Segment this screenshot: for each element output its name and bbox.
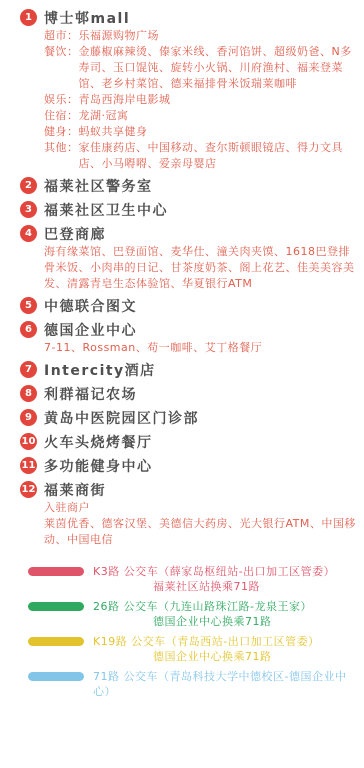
bus-route-line: 71路 公交车（青岛科技大学中德校区-德国企业中心） [93, 669, 360, 699]
detail-text: 7-11、Rossman、苟一咖啡、艾丁格餐厅 [44, 340, 358, 356]
detail-text: 金藤椒麻辣烫、傣家米线、香河馅饼、超级奶爸、N多寿司、玉口馄饨、旋转小火锅、川府… [79, 44, 359, 92]
item-details: 入驻商户莱茵优香、德客汉堡、美德信大药房、光大银行ATM、中国移动、中国电信 [0, 500, 364, 548]
detail-text: 莱茵优香、德客汉堡、美德信大药房、光大银行ATM、中国移动、中国电信 [44, 516, 358, 548]
item-title: 多功能健身中心 [44, 456, 153, 476]
item-number-badge: 2 [20, 177, 37, 194]
poi-item: 9 黄岛中医院园区门诊部 [0, 407, 364, 428]
item-title: 德国企业中心 [44, 320, 137, 340]
detail-label: 餐饮： [44, 44, 79, 92]
item-title: 巴登商廊 [44, 224, 106, 244]
item-number-badge: 11 [20, 457, 37, 474]
bus-route-desc: （九连山路珠江路-龙泉王家） [158, 600, 312, 613]
detail-label: 健身： [44, 124, 79, 140]
bus-route-color-bar [28, 637, 84, 646]
item-details: 超市：乐福源购物广场餐饮：金藤椒麻辣烫、傣家米线、香河馅饼、超级奶爸、N多寿司、… [0, 28, 364, 172]
detail-text: 青岛西海岸电影城 [79, 92, 359, 108]
detail-text: 龙湖·冠寓 [79, 108, 359, 124]
bus-route-body: K19路 公交车（青岛西站-出口加工区管委） 德国企业中心换乘71路 [93, 634, 320, 664]
item-number-badge: 4 [20, 225, 37, 242]
poi-item: 7 Intercity酒店 [0, 359, 364, 380]
bus-route-row: 26路 公交车（九连山路珠江路-龙泉王家） 德国企业中心换乘71路 [28, 599, 360, 629]
detail-label: 其他： [44, 140, 79, 172]
poi-head: 6 德国企业中心 [0, 319, 364, 340]
poi-head: 7 Intercity酒店 [0, 359, 364, 380]
poi-head: 4 巴登商廊 [0, 223, 364, 244]
detail-row: 餐饮：金藤椒麻辣烫、傣家米线、香河馅饼、超级奶爸、N多寿司、玉口馄饨、旋转小火锅… [44, 44, 358, 92]
poi-head: 10 火车头烧烤餐厅 [0, 431, 364, 452]
item-number-badge: 12 [20, 481, 37, 498]
bus-route-desc: （青岛西站-出口加工区管委） [166, 635, 320, 648]
bus-route-body: 26路 公交车（九连山路珠江路-龙泉王家） 德国企业中心换乘71路 [93, 599, 312, 629]
detail-row: 7-11、Rossman、苟一咖啡、艾丁格餐厅 [44, 340, 358, 356]
bus-route-line: 26路 公交车（九连山路珠江路-龙泉王家） [93, 599, 312, 614]
poi-head: 5 中德联合图文 [0, 295, 364, 316]
item-title: 福莱社区卫生中心 [44, 200, 168, 220]
item-title: 利群福记农场 [44, 384, 137, 404]
poi-item: 12 福莱商街 入驻商户莱茵优香、德客汉堡、美德信大药房、光大银行ATM、中国移… [0, 479, 364, 548]
detail-label: 娱乐： [44, 92, 79, 108]
poi-head: 9 黄岛中医院园区门诊部 [0, 407, 364, 428]
bus-route-transfer-note: 德国企业中心换乘71路 [93, 649, 320, 664]
poi-head: 8 利群福记农场 [0, 383, 364, 404]
poi-item: 2 福莱社区警务室 [0, 175, 364, 196]
detail-text: 乐福源购物广场 [79, 28, 359, 44]
bus-route-name: K19路 公交车 [93, 635, 166, 648]
detail-row: 莱茵优香、德客汉堡、美德信大药房、光大银行ATM、中国移动、中国电信 [44, 516, 358, 548]
poi-head: 12 福莱商街 [0, 479, 364, 500]
bus-route-legend: K3路 公交车（薛家岛枢纽站-出口加工区管委） 福莱社区站换乘71路 26路 公… [0, 564, 364, 699]
item-number-badge: 6 [20, 321, 37, 338]
detail-text: 家佳康药店、中国移动、查尔斯顿眼镜店、得力文具店、小马嘚嘚、爱亲母婴店 [79, 140, 359, 172]
item-title: 黄岛中医院园区门诊部 [44, 408, 199, 428]
poi-head: 3 福莱社区卫生中心 [0, 199, 364, 220]
poi-item: 4 巴登商廊 海有缘菜馆、巴登面馆、麦华仕、潼关肉夹馍、1618巴登排骨米饭、小… [0, 223, 364, 292]
item-number-badge: 5 [20, 297, 37, 314]
bus-route-line: K19路 公交车（青岛西站-出口加工区管委） [93, 634, 320, 649]
bus-route-color-bar [28, 672, 84, 681]
bus-route-transfer-note: 德国企业中心换乘71路 [93, 614, 312, 629]
bus-route-name: 71路 公交车 [93, 670, 158, 683]
item-title: 中德联合图文 [44, 296, 137, 316]
detail-label: 住宿： [44, 108, 79, 124]
poi-list: 1 博士邨mall 超市：乐福源购物广场餐饮：金藤椒麻辣烫、傣家米线、香河馅饼、… [0, 7, 364, 548]
poi-item: 1 博士邨mall 超市：乐福源购物广场餐饮：金藤椒麻辣烫、傣家米线、香河馅饼、… [0, 7, 364, 172]
item-title: 博士邨mall [44, 8, 130, 28]
detail-row: 超市：乐福源购物广场 [44, 28, 358, 44]
item-title: 福莱商街 [44, 480, 106, 500]
item-details: 7-11、Rossman、苟一咖啡、艾丁格餐厅 [0, 340, 364, 356]
detail-row: 住宿：龙湖·冠寓 [44, 108, 358, 124]
bus-route-name: K3路 公交车 [93, 565, 158, 578]
detail-text: 入驻商户 [44, 500, 358, 516]
bus-route-body: K3路 公交车（薛家岛枢纽站-出口加工区管委） 福莱社区站换乘71路 [93, 564, 335, 594]
detail-row: 海有缘菜馆、巴登面馆、麦华仕、潼关肉夹馍、1618巴登排骨米饭、小肉串的日记、甘… [44, 244, 358, 292]
bus-route-row: 71路 公交车（青岛科技大学中德校区-德国企业中心） [28, 669, 360, 699]
poi-head: 1 博士邨mall [0, 7, 364, 28]
poi-item: 10 火车头烧烤餐厅 [0, 431, 364, 452]
bus-route-line: K3路 公交车（薛家岛枢纽站-出口加工区管委） [93, 564, 335, 579]
bus-route-name: 26路 公交车 [93, 600, 158, 613]
detail-row: 健身：蚂蚁共享健身 [44, 124, 358, 140]
poi-item: 8 利群福记农场 [0, 383, 364, 404]
detail-row: 其他：家佳康药店、中国移动、查尔斯顿眼镜店、得力文具店、小马嘚嘚、爱亲母婴店 [44, 140, 358, 172]
item-title: Intercity酒店 [44, 360, 156, 380]
bus-route-color-bar [28, 602, 84, 611]
item-number-badge: 9 [20, 409, 37, 426]
item-number-badge: 7 [20, 361, 37, 378]
detail-row: 入驻商户 [44, 500, 358, 516]
poi-item: 6 德国企业中心 7-11、Rossman、苟一咖啡、艾丁格餐厅 [0, 319, 364, 356]
item-number-badge: 3 [20, 201, 37, 218]
poi-item: 3 福莱社区卫生中心 [0, 199, 364, 220]
poi-item: 5 中德联合图文 [0, 295, 364, 316]
bus-route-transfer-note: 福莱社区站换乘71路 [93, 579, 335, 594]
item-title: 火车头烧烤餐厅 [44, 432, 153, 452]
detail-row: 娱乐：青岛西海岸电影城 [44, 92, 358, 108]
item-number-badge: 1 [20, 9, 37, 26]
bus-route-row: K3路 公交车（薛家岛枢纽站-出口加工区管委） 福莱社区站换乘71路 [28, 564, 360, 594]
item-number-badge: 10 [20, 433, 37, 450]
bus-route-desc: （薛家岛枢纽站-出口加工区管委） [158, 565, 335, 578]
poi-item: 11 多功能健身中心 [0, 455, 364, 476]
detail-text: 海有缘菜馆、巴登面馆、麦华仕、潼关肉夹馍、1618巴登排骨米饭、小肉串的日记、甘… [44, 244, 358, 292]
poi-head: 11 多功能健身中心 [0, 455, 364, 476]
item-details: 海有缘菜馆、巴登面馆、麦华仕、潼关肉夹馍、1618巴登排骨米饭、小肉串的日记、甘… [0, 244, 364, 292]
bus-route-color-bar [28, 567, 84, 576]
item-title: 福莱社区警务室 [44, 176, 153, 196]
detail-label: 超市： [44, 28, 79, 44]
legend-page: 1 博士邨mall 超市：乐福源购物广场餐饮：金藤椒麻辣烫、傣家米线、香河馅饼、… [0, 0, 364, 768]
poi-head: 2 福莱社区警务室 [0, 175, 364, 196]
item-number-badge: 8 [20, 385, 37, 402]
detail-text: 蚂蚁共享健身 [79, 124, 359, 140]
bus-route-row: K19路 公交车（青岛西站-出口加工区管委） 德国企业中心换乘71路 [28, 634, 360, 664]
bus-route-body: 71路 公交车（青岛科技大学中德校区-德国企业中心） [93, 669, 360, 699]
